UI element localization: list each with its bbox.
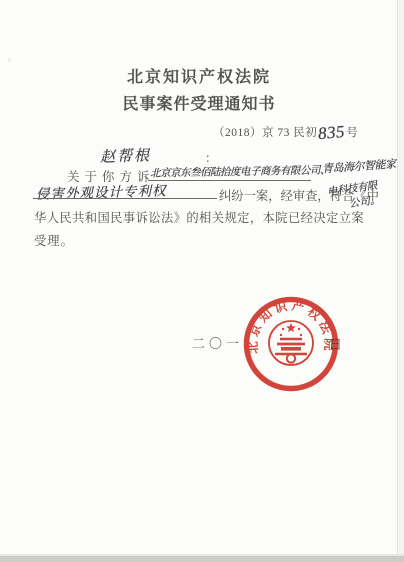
- court-name: 北京知识产权法院: [0, 64, 398, 87]
- body-line4: 受理。: [34, 231, 74, 249]
- seal-emblem: [269, 321, 313, 365]
- document-title: 民事案件受理通知书: [0, 91, 398, 114]
- blank-underline-1: [148, 180, 311, 181]
- emblem-star-icon: [286, 323, 296, 332]
- body-line3: 华人民共和国民事诉讼法》的相关规定，本院已经决定立案: [34, 208, 364, 226]
- photo-artifact: ×: [7, 56, 15, 64]
- defendants-handwritten-1: 北京京东叁佰陆拾度电子商务有限公司、: [150, 162, 330, 180]
- page-right-edge-line: [397, 0, 398, 562]
- emblem-small-star: [282, 328, 284, 330]
- cause-of-action-handwritten: 侵害外观设计专利权: [36, 179, 167, 202]
- page-right-edge: [398, 0, 404, 562]
- case-number-handwritten: 835: [317, 122, 346, 144]
- case-number-suffix: 号: [346, 127, 358, 139]
- defendants-handwritten-2: 青岛海尔智能家: [322, 155, 396, 176]
- emblem-small-star: [298, 328, 300, 330]
- date-visible-left: 二〇一: [192, 333, 243, 352]
- emblem-small-star: [300, 334, 302, 336]
- case-number-prefix: （2018）京 73 民初: [213, 127, 317, 139]
- body-line2: 纠纷一案，经审查，符合《中: [219, 186, 379, 204]
- emblem-gate-icon: [275, 339, 307, 354]
- blank-underline-2: [33, 198, 217, 199]
- notice-page: × 北京知识产权法院 民事案件受理通知书 （2018）京 73 民初835号 赵…: [0, 0, 404, 562]
- page-bottom-edge: [0, 556, 404, 562]
- court-seal: 北京知识产权法院: [241, 294, 341, 394]
- addressee-name: 赵帮根: [100, 144, 152, 167]
- case-number: （2018）京 73 民初835号: [213, 121, 358, 141]
- emblem-small-star: [280, 334, 282, 336]
- emblem-gear-icon: [287, 354, 295, 362]
